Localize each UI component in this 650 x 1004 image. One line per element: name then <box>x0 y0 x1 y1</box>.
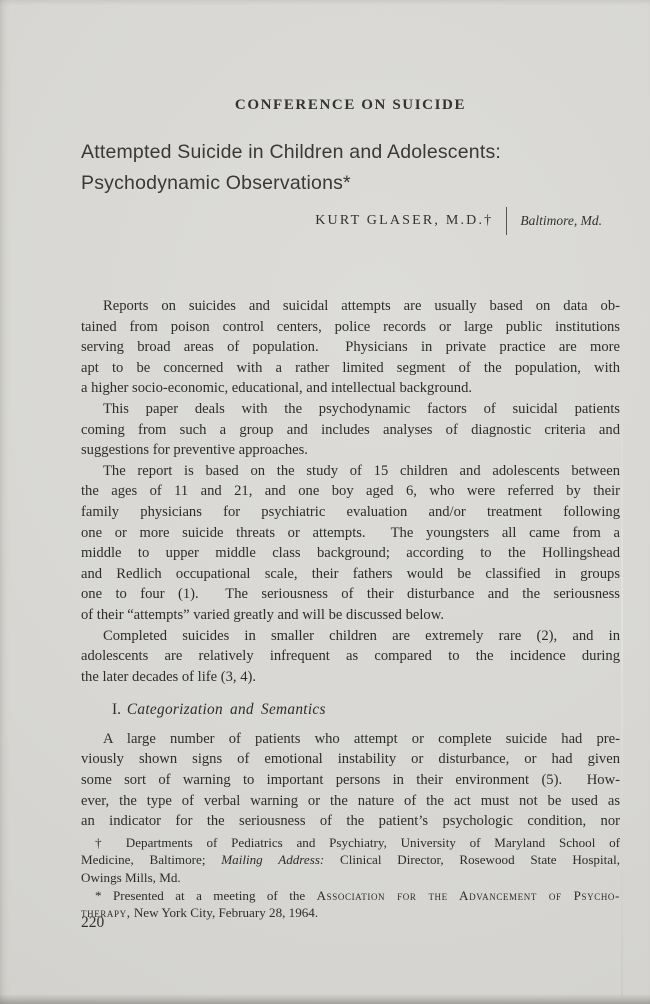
section-heading: I.Categorization and Semantics <box>112 700 620 721</box>
paragraph: This paper deals with the psychodynamic … <box>81 399 620 461</box>
page-number: 220 <box>81 914 104 932</box>
text-line: † Departments of Pediatrics and Psychiat… <box>81 834 620 852</box>
text-line: A large number of patients who attempt o… <box>81 729 620 750</box>
text-line: Owings Mills, Md. <box>81 869 620 887</box>
plain-text: * Presented at a meeting of the <box>95 888 317 903</box>
text-line: Reports on suicides and suicidal attempt… <box>81 296 620 317</box>
paragraph: Completed suicides in smaller children a… <box>81 626 620 688</box>
text-line: adolescents are relatively infrequent as… <box>81 646 620 667</box>
plain-text: Clinical Director, Rosewood State Hospit… <box>324 852 620 867</box>
text-line: the ages of 11 and 21, and one boy aged … <box>81 481 620 502</box>
text-line: tained from poison control centers, poli… <box>81 317 620 338</box>
text-line: * Presented at a meeting of the Associat… <box>81 887 620 905</box>
footnotes: † Departments of Pediatrics and Psychiat… <box>81 834 620 922</box>
footnote: † Departments of Pediatrics and Psychiat… <box>81 834 620 887</box>
plain-text: Owings Mills, Md. <box>81 870 181 885</box>
page-content: CONFERENCE ON SUICIDE Attempted Suicide … <box>81 0 620 922</box>
page-crease <box>621 360 623 996</box>
text-line: one to four (1). The seriousness of thei… <box>81 584 620 605</box>
article-title-line2: Psychodynamic Observations* <box>81 172 351 194</box>
text-line: Completed suicides in smaller children a… <box>81 626 620 647</box>
article-body: Reports on suicides and suicidal attempt… <box>81 296 620 832</box>
text-line: an indicator for the seriousness of the … <box>81 811 620 832</box>
running-head: CONFERENCE ON SUICIDE <box>81 97 620 114</box>
author-name: KURT GLASER, M.D.† <box>315 213 493 229</box>
text-line: serving broad areas of population. Physi… <box>81 337 620 358</box>
text-line: of their “attempts” varied greatly and w… <box>81 605 620 626</box>
text-line: The report is based on the study of 15 c… <box>81 461 620 482</box>
paragraph: Reports on suicides and suicidal attempt… <box>81 296 620 399</box>
text-line: one or more suicide threats or attempts.… <box>81 523 620 544</box>
smallcaps-text: Association for the Advancement of Psych… <box>317 888 620 903</box>
plain-text: New York City, February 28, 1964. <box>131 905 319 920</box>
section-title: Categorization and Semantics <box>127 701 326 718</box>
article-title-line1: Attempted Suicide in Children and Adoles… <box>81 141 501 163</box>
text-line: apt to be concerned with a rather limite… <box>81 358 620 379</box>
text-line: a higher socio-economic, educational, an… <box>81 378 620 399</box>
footnote: * Presented at a meeting of the Associat… <box>81 887 620 922</box>
text-line: suggestions for preventive approaches. <box>81 440 620 461</box>
byline-divider <box>506 207 507 235</box>
author-location: Baltimore, Md. <box>520 213 602 229</box>
document-page: CONFERENCE ON SUICIDE Attempted Suicide … <box>0 0 650 1004</box>
text-line: middle to upper middle class background;… <box>81 543 620 564</box>
text-line: Medicine, Baltimore; Mailing Address: Cl… <box>81 851 620 869</box>
text-line: and Redlich occupational scale, their fa… <box>81 564 620 585</box>
paragraph: The report is based on the study of 15 c… <box>81 461 620 626</box>
text-line: some sort of warning to important person… <box>81 770 620 791</box>
text-line: coming from such a group and includes an… <box>81 420 620 441</box>
italic-text: Mailing Address: <box>221 852 324 867</box>
plain-text: † Departments of Pediatrics and Psychiat… <box>95 835 620 850</box>
section-numeral: I. <box>112 701 121 718</box>
text-line: therapy, New York City, February 28, 196… <box>81 904 620 922</box>
text-line: family physicians for psychiatric evalua… <box>81 502 620 523</box>
plain-text: Medicine, Baltimore; <box>81 852 221 867</box>
text-line: ever, the type of verbal warning or the … <box>81 791 620 812</box>
paragraph: A large number of patients who attempt o… <box>81 729 620 832</box>
text-line: the later decades of life (3, 4). <box>81 667 620 688</box>
byline: KURT GLASER, M.D.† Baltimore, Md. <box>81 206 620 236</box>
text-line: viously shown signs of emotional instabi… <box>81 749 620 770</box>
text-line: This paper deals with the psychodynamic … <box>81 399 620 420</box>
article-title: Attempted Suicide in Children and Adoles… <box>81 137 620 199</box>
